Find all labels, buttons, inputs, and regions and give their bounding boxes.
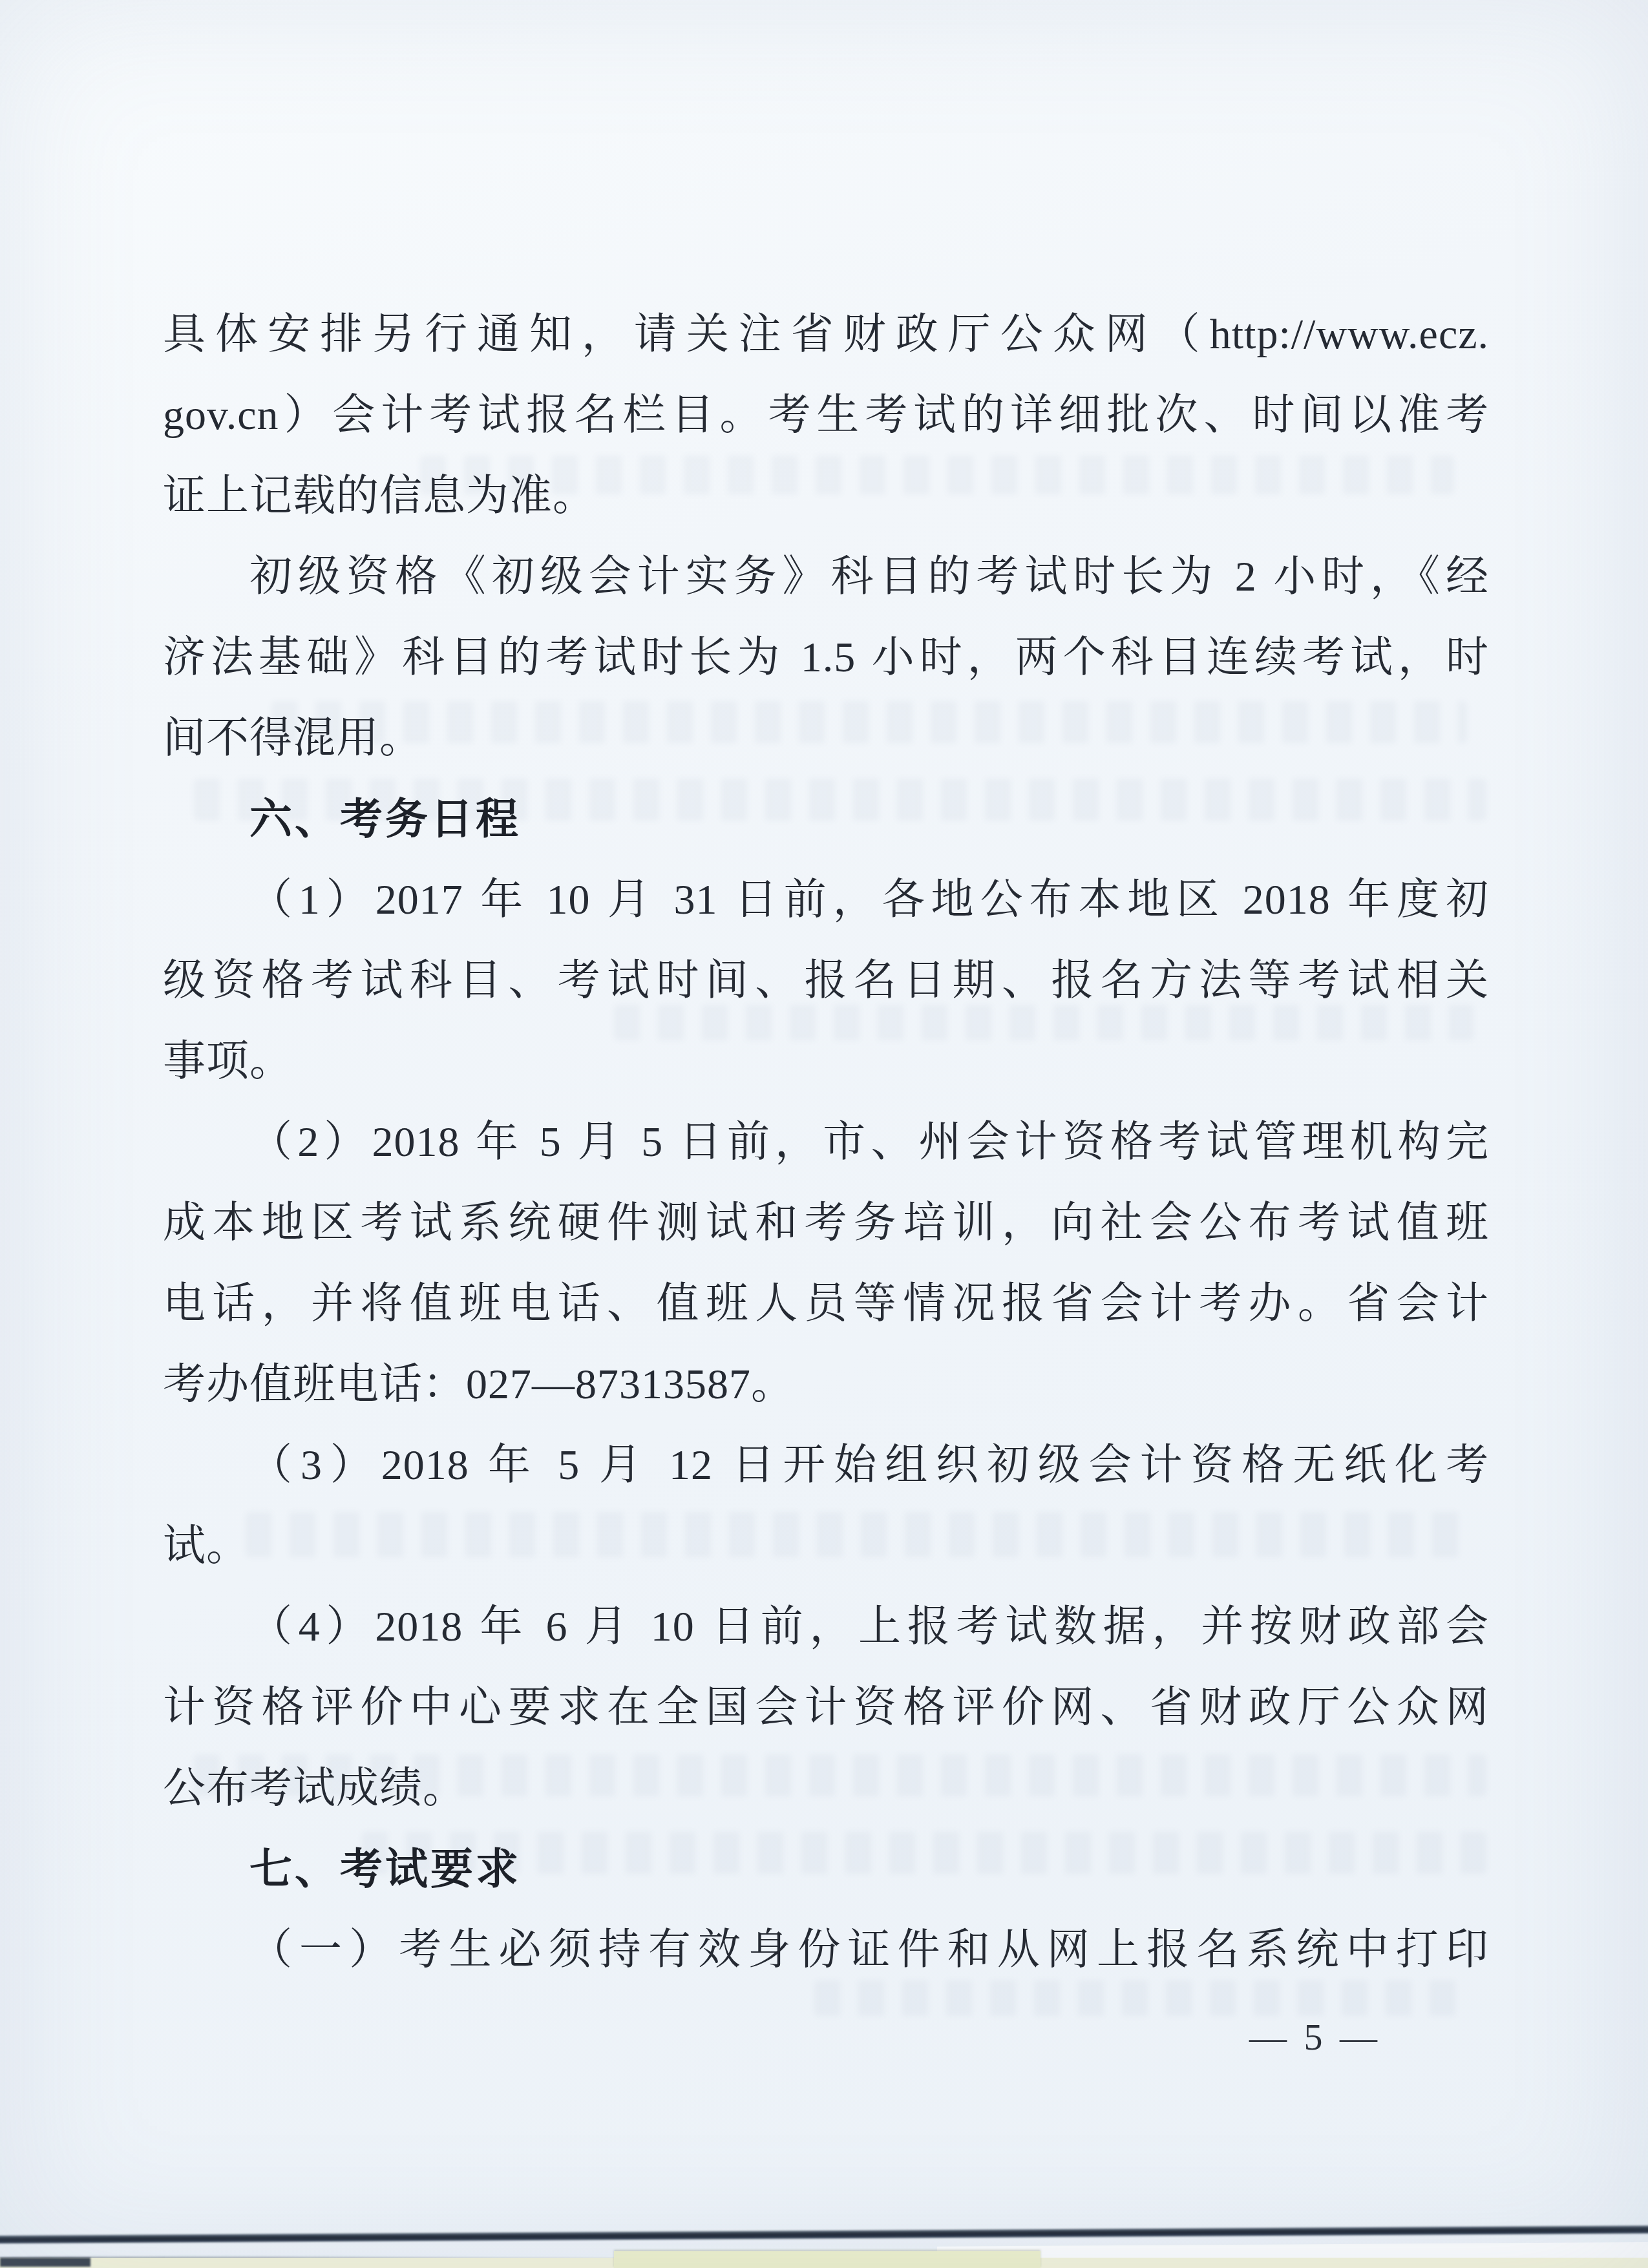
text-line-10: 事项。 xyxy=(163,1021,1489,1102)
text-line-15: （3）2018 年 5 月 12 日开始组织初级会计资格无纸化考 xyxy=(163,1425,1489,1506)
text-line-8: （1）2017 年 10 月 31 日前，各地公布本地区 2018 年度初 xyxy=(163,859,1489,940)
text-line-18: 计资格评价中心要求在全国会计资格评价网、省财政厅公众网 xyxy=(163,1667,1489,1748)
text-line-21: （一）考生必须持有效身份证件和从网上报名系统中打印 xyxy=(163,1909,1489,1990)
section-heading-7: 七、考试要求 xyxy=(163,1829,1489,1909)
text-line-13: 电话，并将值班电话、值班人员等情况报省会计考办。省会计 xyxy=(163,1263,1489,1344)
text-line-3: 证上记载的信息为准。 xyxy=(163,456,1489,536)
text-line-12: 成本地区考试系统硬件测试和考务培训，向社会公布考试值班 xyxy=(163,1182,1489,1263)
text-line-14: 考办值班电话：027—87313587。 xyxy=(163,1344,1489,1425)
text-line-2: gov.cn）会计考试报名栏目。考生考试的详细批次、时间以准考 xyxy=(163,375,1489,456)
text-line-1: 具体安排另行通知，请关注省财政厅公众网（http://www.ecz. xyxy=(163,294,1489,375)
underlying-sheet xyxy=(614,2251,1041,2268)
document-text-block: 具体安排另行通知，请关注省财政厅公众网（http://www.ecz. gov.… xyxy=(163,294,1489,1990)
section-heading-6: 六、考务日程 xyxy=(163,779,1489,859)
text-line-11: （2）2018 年 5 月 5 日前，市、州会计资格考试管理机构完 xyxy=(163,1102,1489,1182)
paper-edge-shadow-line-top xyxy=(0,2225,1648,2243)
page-number: — 5 — xyxy=(1231,2015,1399,2060)
text-line-6: 间不得混用。 xyxy=(163,698,1489,779)
text-line-17: （4）2018 年 6 月 10 日前，上报考试数据，并按财政部会 xyxy=(163,1586,1489,1667)
text-line-16: 试。 xyxy=(163,1506,1489,1586)
scanned-document-page: { "doc": { "language": "zh-CN", "page_nu… xyxy=(0,0,1648,2268)
text-line-5: 济法基础》科目的考试时长为 1.5 小时，两个科目连续考试，时 xyxy=(163,617,1489,698)
text-line-19: 公布考试成绩。 xyxy=(163,1748,1489,1829)
text-line-9: 级资格考试科目、考试时间、报名日期、报名方法等考试相关 xyxy=(163,940,1489,1021)
scan-corner-shadow xyxy=(0,2258,90,2267)
text-line-4: 初级资格《初级会计实务》科目的考试时长为 2 小时，《经 xyxy=(163,536,1489,617)
